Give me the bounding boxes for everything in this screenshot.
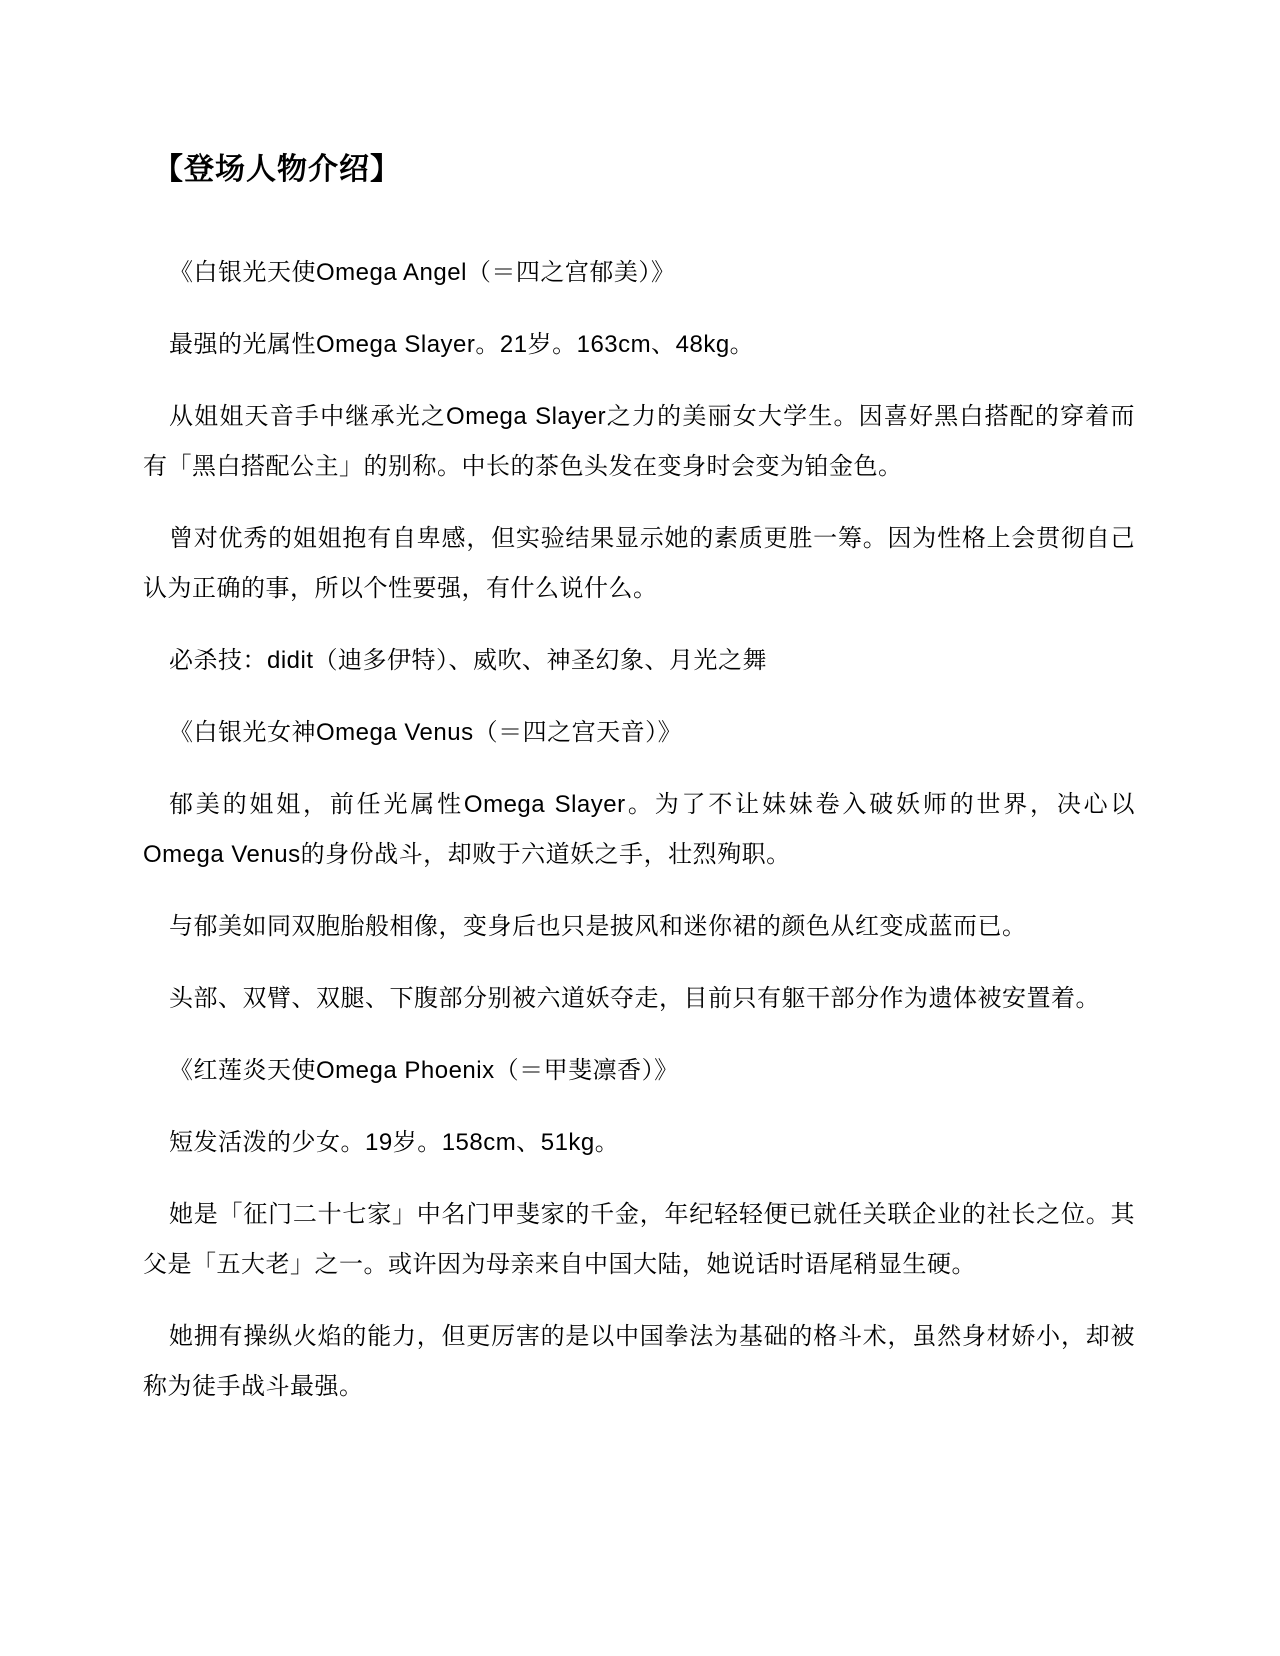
character-3-stats: 短发活泼的少女。19岁。158cm、51kg。 [143,1118,1135,1168]
character-1-personality: 曾对优秀的姐姐抱有自卑感，但实验结果显示她的素质更胜一筹。因为性格上会贯彻自己认… [143,514,1135,614]
character-2-title: 《白银光女神Omega Venus（＝四之宫天音）》 [143,708,1135,758]
character-3-title: 《红莲炎天使Omega Phoenix（＝甲斐凛香）》 [143,1046,1135,1096]
page-title: 【登场人物介绍】 [153,152,1135,188]
character-2-status: 头部、双臂、双腿、下腹部分别被六道妖夺走，目前只有躯干部分作为遗体被安置着。 [143,974,1135,1024]
character-2-appearance: 与郁美如同双胞胎般相像，变身后也只是披风和迷你裙的颜色从红变成蓝而已。 [143,902,1135,952]
character-1-moves: 必杀技：didit（迪多伊特）、威吹、神圣幻象、月光之舞 [143,636,1135,686]
character-1-title: 《白银光天使Omega Angel（＝四之宫郁美）》 [143,248,1135,298]
document-page: 【登场人物介绍】 《白银光天使Omega Angel（＝四之宫郁美）》 最强的光… [0,0,1280,1656]
character-2-description: 郁美的姐姐，前任光属性Omega Slayer。为了不让妹妹卷入破妖师的世界，决… [143,780,1135,880]
character-3-abilities: 她拥有操纵火焰的能力，但更厉害的是以中国拳法为基础的格斗术，虽然身材娇小，却被称… [143,1312,1135,1412]
character-1-description: 从姐姐天音手中继承光之Omega Slayer之力的美丽女大学生。因喜好黑白搭配… [143,392,1135,492]
character-1-stats: 最强的光属性Omega Slayer。21岁。163cm、48kg。 [143,320,1135,370]
character-3-background: 她是「征门二十七家」中名门甲斐家的千金，年纪轻轻便已就任关联企业的社长之位。其父… [143,1190,1135,1290]
